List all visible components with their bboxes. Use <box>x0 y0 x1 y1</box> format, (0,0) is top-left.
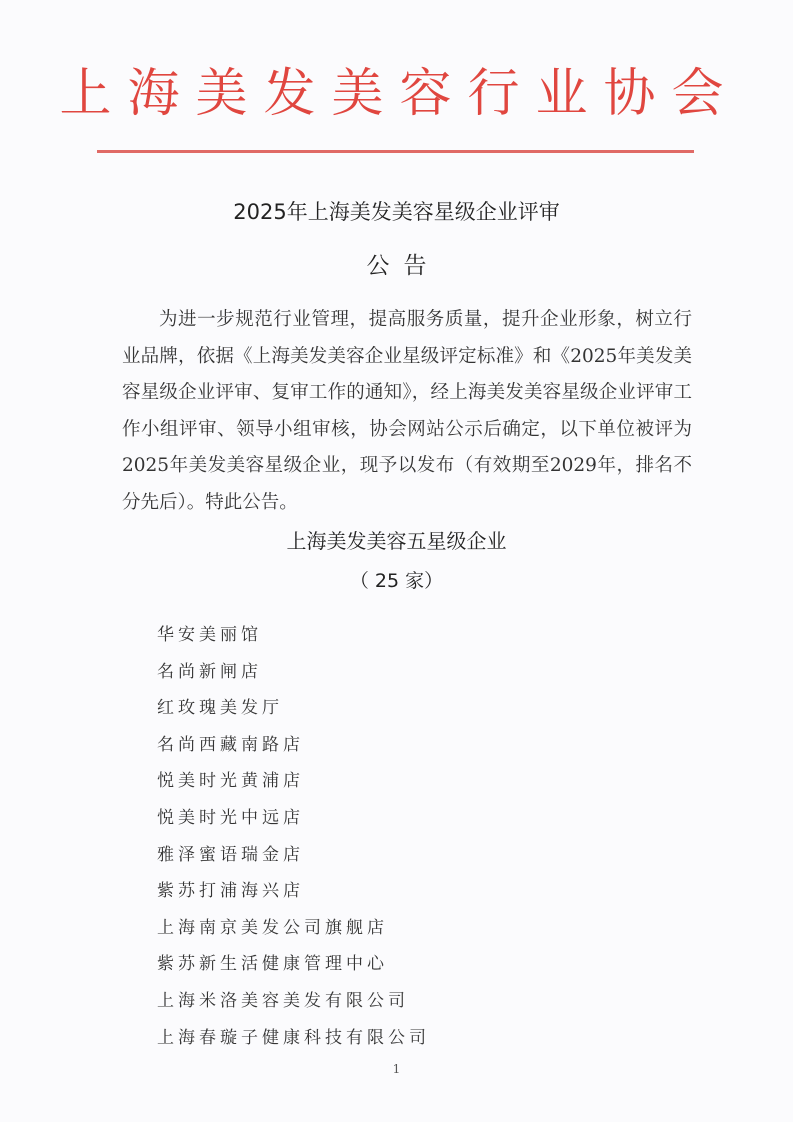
list-item: 紫苏打浦海兴店 <box>157 873 430 910</box>
list-item: 上海春璇子健康科技有限公司 <box>157 1020 430 1057</box>
document-subtitle: 公告 <box>0 250 793 282</box>
list-item: 悦美时光黄浦店 <box>157 763 430 800</box>
list-item: 悦美时光中远店 <box>157 800 430 837</box>
list-item: 名尚西藏南路店 <box>157 727 430 764</box>
list-item: 上海南京美发公司旗舰店 <box>157 910 430 947</box>
section-title: 上海美发美容五星级企业 <box>0 527 793 555</box>
list-item: 雅泽蜜语瑞金店 <box>157 837 430 874</box>
list-item: 上海米洛美容美发有限公司 <box>157 983 430 1020</box>
list-item: 名尚新闸店 <box>157 654 430 691</box>
announcement-body: 为进一步规范行业管理，提高服务质量，提升企业形象，树立行业品牌，依据《上海美发美… <box>122 302 692 521</box>
body-paragraph: 为进一步规范行业管理，提高服务质量，提升企业形象，树立行业品牌，依据《上海美发美… <box>122 302 692 521</box>
organization-letterhead: 上海美发美容行业协会 <box>0 62 793 126</box>
letterhead-divider <box>97 150 694 153</box>
document-title: 2025年上海美发美容星级企业评审 <box>0 197 793 227</box>
list-item: 红玫瑰美发厅 <box>157 690 430 727</box>
company-list: 华安美丽馆 名尚新闸店 红玫瑰美发厅 名尚西藏南路店 悦美时光黄浦店 悦美时光中… <box>157 617 430 1056</box>
section-count: （ 25 家） <box>0 567 793 595</box>
list-item: 紫苏新生活健康管理中心 <box>157 946 430 983</box>
list-item: 华安美丽馆 <box>157 617 430 654</box>
page-number: 1 <box>0 1062 793 1076</box>
